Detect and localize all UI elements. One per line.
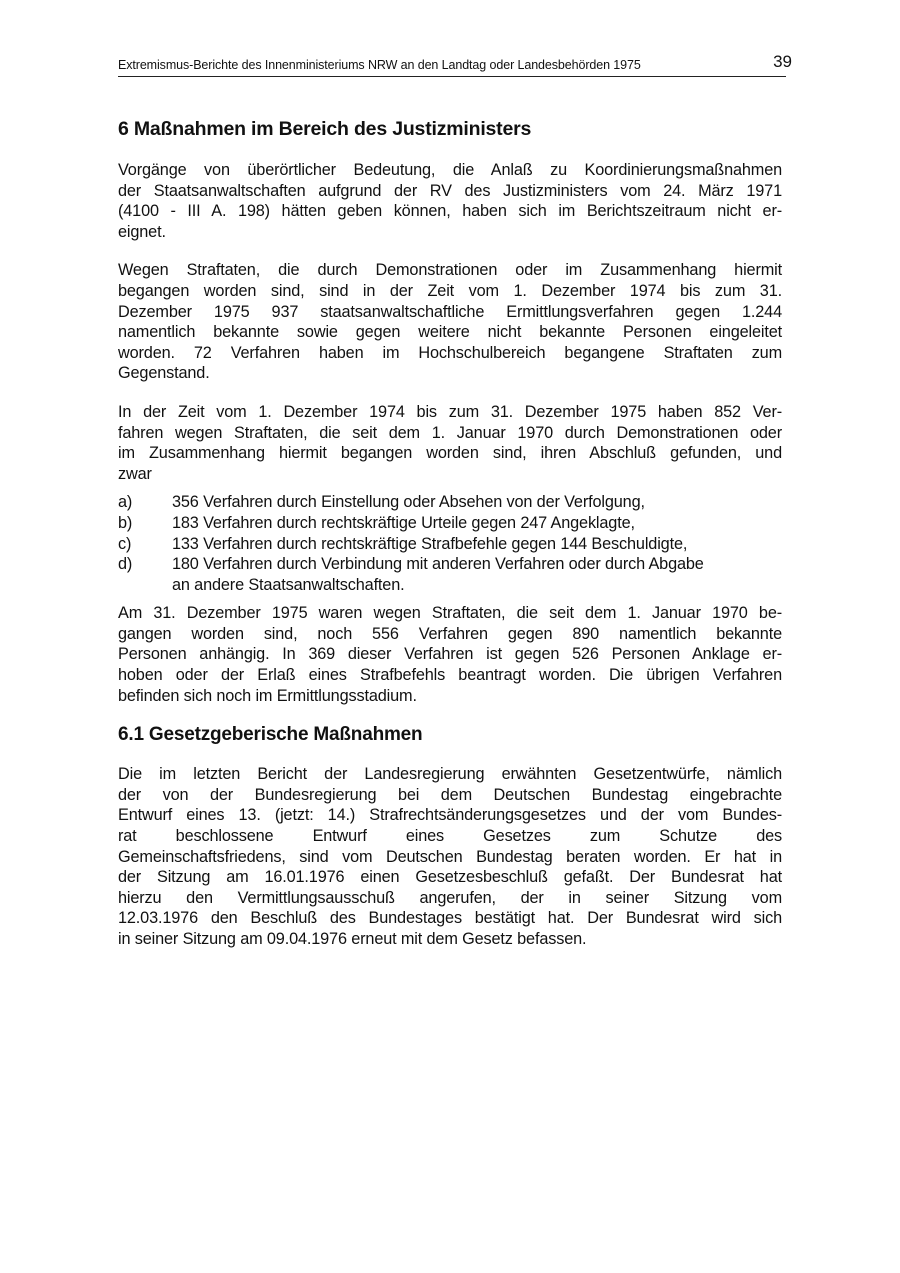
text-line: 12.03.1976 den Beschluß des Bundestages … [118, 908, 782, 929]
text-line: Personen anhängig. In 369 dieser Verfahr… [118, 644, 782, 665]
text-line: eignet. [118, 222, 782, 243]
text-line: 183 Verfahren durch rechtskräftige Urtei… [172, 513, 782, 534]
text-line: 180 Verfahren durch Verbindung mit ander… [172, 554, 782, 575]
text-line: Vorgänge von überörtlicher Bedeutung, di… [118, 160, 782, 181]
text-line: der Staatsanwaltschaften aufgrund der RV… [118, 181, 782, 202]
text-line: der Sitzung am 16.01.1976 einen Gesetzes… [118, 867, 782, 888]
running-header-title: Extremismus-Berichte des Innenministeriu… [118, 58, 641, 72]
text-line: Wegen Straftaten, die durch Demonstratio… [118, 260, 782, 281]
text-line: worden. 72 Verfahren haben im Hochschulb… [118, 343, 782, 364]
text-line: Entwurf eines 13. (jetzt: 14.) Strafrech… [118, 805, 782, 826]
text-line: an andere Staatsanwaltschaften. [172, 575, 782, 596]
list-item-text: 356 Verfahren durch Einstellung oder Abs… [172, 492, 782, 513]
list-marker: d) [118, 554, 172, 595]
list-item: a) 356 Verfahren durch Einstellung oder … [118, 492, 782, 513]
text-line: 356 Verfahren durch Einstellung oder Abs… [172, 492, 782, 513]
list-item-text: 180 Verfahren durch Verbindung mit ander… [172, 554, 782, 595]
text-line: begangen worden sind, sind in der Zeit v… [118, 281, 782, 302]
paragraph-coordination: Vorgänge von überörtlicher Bedeutung, di… [118, 160, 782, 242]
text-line: Am 31. Dezember 1975 waren wegen Strafta… [118, 603, 782, 624]
text-line: Gegenstand. [118, 363, 782, 384]
list-marker: a) [118, 492, 172, 513]
list-item-text: 183 Verfahren durch rechtskräftige Urtei… [172, 513, 782, 534]
text-line: Dezember 1975 937 staatsanwaltschaftlich… [118, 302, 782, 323]
text-line: befinden sich noch im Ermittlungsstadium… [118, 686, 782, 707]
text-line: fahren wegen Straftaten, die seit dem 1.… [118, 423, 782, 444]
page-number: 39 [773, 52, 792, 72]
text-line: namentlich bekannte sowie gegen weitere … [118, 322, 782, 343]
text-line: hierzu den Vermittlungsausschuß angerufe… [118, 888, 782, 909]
page-content: 6 Maßnahmen im Bereich des Justizministe… [118, 116, 782, 950]
paragraph-investigations: Wegen Straftaten, die durch Demonstratio… [118, 260, 782, 384]
section-heading-6: 6 Maßnahmen im Bereich des Justizministe… [118, 116, 782, 142]
text-line: im Zusammenhang hiermit begangen worden … [118, 443, 782, 464]
paragraph-pending-proceedings: Am 31. Dezember 1975 waren wegen Strafta… [118, 603, 782, 706]
list-item-text: 133 Verfahren durch rechtskräftige Straf… [172, 534, 782, 555]
list-item: b) 183 Verfahren durch rechtskräftige Ur… [118, 513, 782, 534]
list-marker: b) [118, 513, 172, 534]
list-marker: c) [118, 534, 172, 555]
text-line: 133 Verfahren durch rechtskräftige Straf… [172, 534, 782, 555]
list-item: d) 180 Verfahren durch Verbindung mit an… [118, 554, 782, 595]
text-line: gangen worden sind, noch 556 Verfahren g… [118, 624, 782, 645]
text-line: (4100 - III A. 198) hätten geben können,… [118, 201, 782, 222]
section-heading-6-1: 6.1 Gesetzgeberische Maßnahmen [118, 722, 782, 748]
page-header: Extremismus-Berichte des Innenministeriu… [118, 52, 786, 77]
list-item: c) 133 Verfahren durch rechtskräftige St… [118, 534, 782, 555]
outcome-list: a) 356 Verfahren durch Einstellung oder … [118, 492, 782, 595]
text-line: Gemeinschaftsfriedens, sind vom Deutsche… [118, 847, 782, 868]
text-line: in seiner Sitzung am 09.04.1976 erneut m… [118, 929, 782, 950]
text-line: zwar [118, 464, 782, 485]
text-line: rat beschlossene Entwurf eines Gesetzes … [118, 826, 782, 847]
text-line: hoben oder der Erlaß eines Strafbefehls … [118, 665, 782, 686]
text-line: der von der Bundesregierung bei dem Deut… [118, 785, 782, 806]
text-line: Die im letzten Bericht der Landesregieru… [118, 764, 782, 785]
paragraph-legislation: Die im letzten Bericht der Landesregieru… [118, 764, 782, 949]
paragraph-concluded-proceedings: In der Zeit vom 1. Dezember 1974 bis zum… [118, 402, 782, 484]
text-line: In der Zeit vom 1. Dezember 1974 bis zum… [118, 402, 782, 423]
